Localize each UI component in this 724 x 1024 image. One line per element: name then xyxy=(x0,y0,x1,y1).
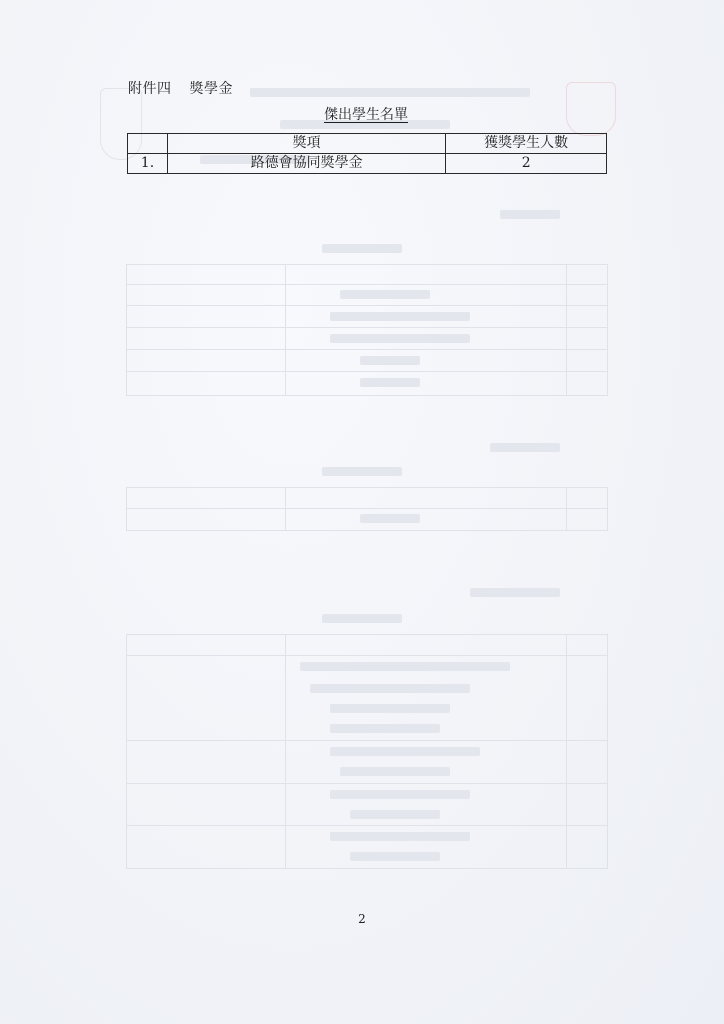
row-count: 2 xyxy=(446,154,607,174)
section-title: 獎學金 xyxy=(190,81,234,97)
row-award: 路德會協同獎學金 xyxy=(167,154,445,174)
page-number: 2 xyxy=(0,912,724,926)
header-index xyxy=(128,134,168,154)
scanned-page: 附件四獎學金 傑出學生名單 獎項 獲獎學生人數 1. 路德會協同獎學金 2 2 xyxy=(0,0,724,1024)
attachment-heading: 附件四獎學金 xyxy=(128,78,233,98)
header-award: 獎項 xyxy=(167,134,445,154)
row-index: 1. xyxy=(128,154,168,174)
table-header-row: 獎項 獲獎學生人數 xyxy=(128,134,607,154)
header-count: 獲獎學生人數 xyxy=(446,134,607,154)
award-table: 獎項 獲獎學生人數 1. 路德會協同獎學金 2 xyxy=(127,133,607,174)
table-title: 傑出學生名單 xyxy=(0,104,724,124)
table-title-text: 傑出學生名單 xyxy=(324,107,408,123)
attachment-label: 附件四 xyxy=(128,81,172,97)
table-row: 1. 路德會協同獎學金 2 xyxy=(128,154,607,174)
